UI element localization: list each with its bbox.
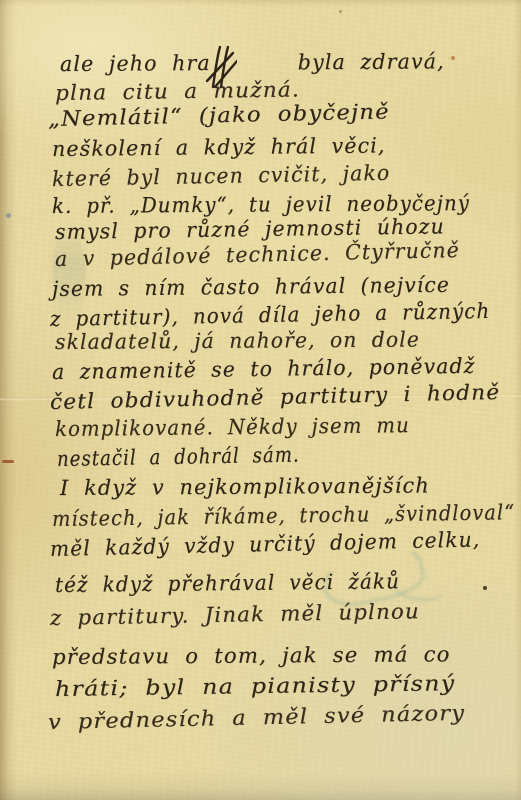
handwriting-line: hráti; byl na pianisty přísný xyxy=(55,670,456,703)
handwriting-line: komplikované. Někdy jsem mu xyxy=(55,412,410,443)
handwriting-line: představu o tom, jak se má co xyxy=(52,641,451,671)
handwriting-line: nestačil a dohrál sám. xyxy=(57,442,300,473)
handwriting-line: jsem s ním často hrával (nejvíce xyxy=(52,272,450,303)
handwriting-line: neškolení a když hrál věci, xyxy=(52,132,386,163)
handwriting-line: v přednesích a měl své názory xyxy=(48,700,466,736)
handwriting-line: též když přehrával věci žáků xyxy=(55,568,400,599)
strikeout-mark xyxy=(203,45,237,89)
handwriting-text-block: ale jeho hra byla zdravá,plna citu a muž… xyxy=(0,0,521,800)
manuscript-page: ale jeho hra byla zdravá,plna citu a muž… xyxy=(0,0,521,800)
handwriting-line: ale jeho hra byla zdravá, xyxy=(60,48,445,78)
handwriting-line: z partitury. Jinak měl úplnou xyxy=(50,598,420,632)
handwriting-line: I když v nejkomplikovanějších xyxy=(60,472,430,502)
handwriting-line: skladatelů, já nahoře, on dole xyxy=(55,326,420,356)
handwriting-line: které byl nucen cvičit, jako xyxy=(52,160,391,193)
